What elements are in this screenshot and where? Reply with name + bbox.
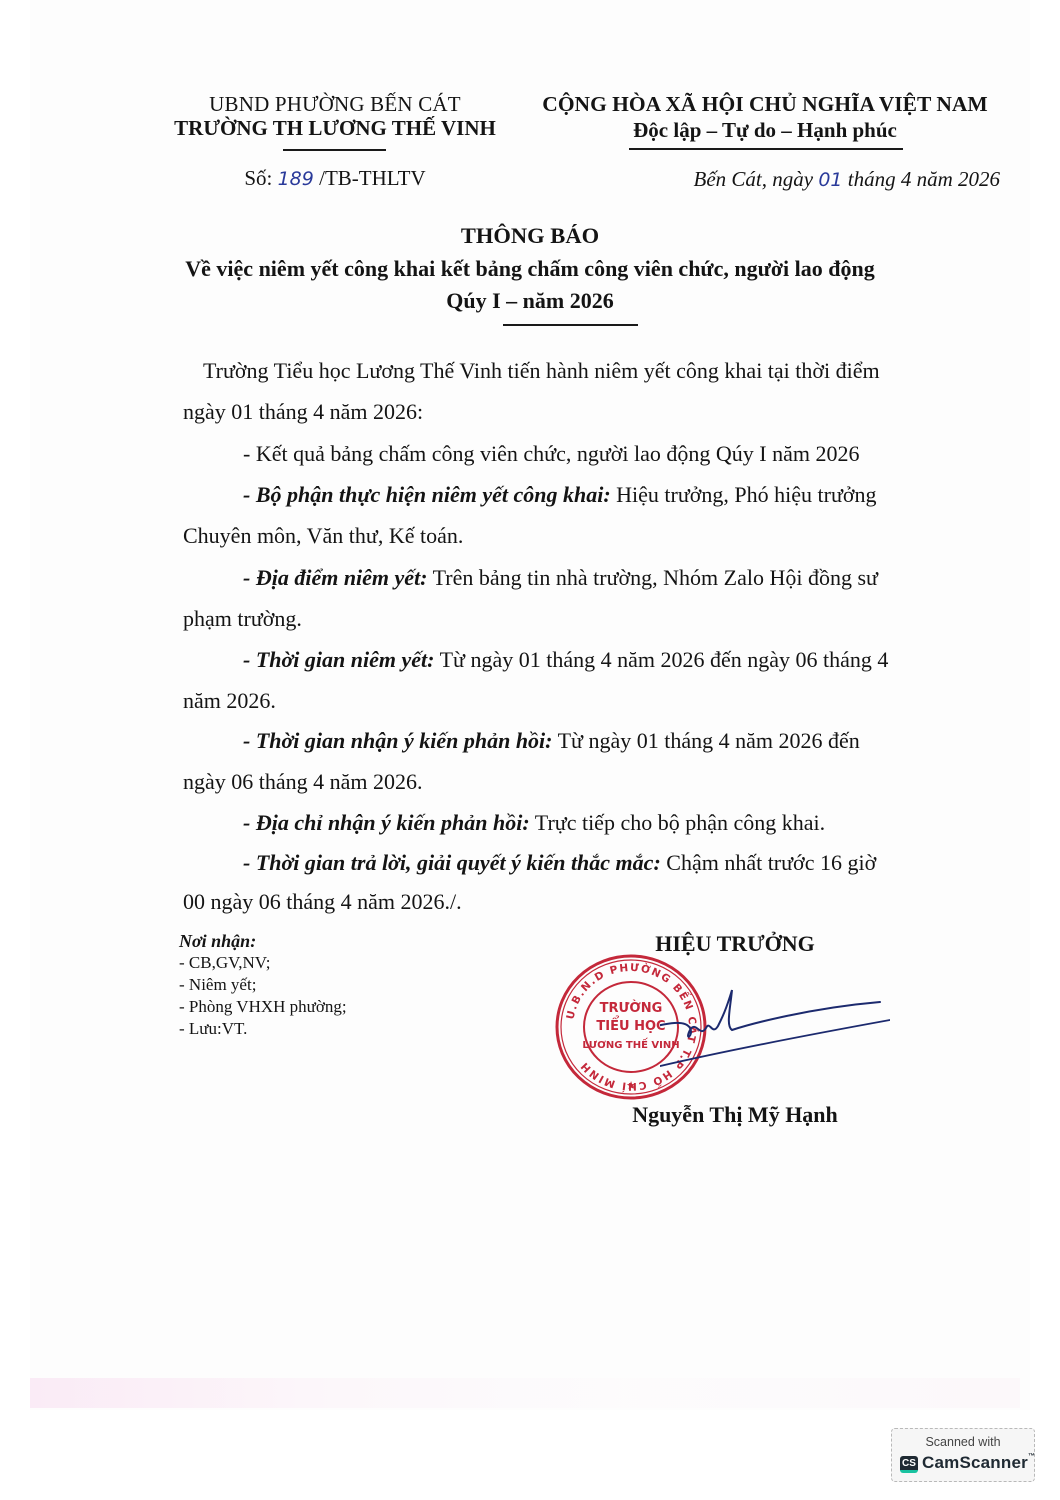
- camscanner-logo-icon: CS: [900, 1456, 918, 1473]
- recipient-item: - Phòng VHXH phường;: [179, 996, 347, 1018]
- doc-number-handwritten: 189: [278, 168, 314, 190]
- item-location: - Địa điểm niêm yết: Trên bảng tin nhà t…: [183, 565, 943, 591]
- place-date: Bến Cát, ngày 01 tháng 4 năm 2026: [600, 167, 1000, 192]
- item-label: - Địa điểm niêm yết:: [243, 565, 428, 590]
- item-posting-period-cont: năm 2026.: [183, 688, 943, 714]
- recipient-item: - CB,GV,NV;: [179, 952, 347, 974]
- document-title: THÔNG BÁO: [0, 223, 1060, 249]
- item-text: Từ ngày 01 tháng 4 năm 2026 đến ngày 06 …: [440, 647, 889, 672]
- item-department: - Bộ phận thực hiện niêm yết công khai: …: [183, 482, 943, 508]
- signature-stroke-icon: [660, 980, 890, 1100]
- date-suffix: tháng 4 năm 2026: [848, 167, 1000, 191]
- header-left-rule: [283, 149, 386, 151]
- national-title: CỘNG HÒA XÃ HỘI CHỦ NGHĨA VIỆT NAM: [520, 92, 1010, 117]
- item-label: - Thời gian nhận ý kiến phản hồi:: [243, 728, 553, 753]
- doc-number-suffix: /TB-THLTV: [319, 166, 426, 190]
- recipients-block: Nơi nhận: - CB,GV,NV; - Niêm yết; - Phòn…: [179, 930, 347, 1040]
- item-label: - Địa chỉ nhận ý kiến phản hồi:: [243, 810, 530, 835]
- item-result: - Kết quả bảng chấm công viên chức, ngườ…: [183, 441, 943, 467]
- title-rule: [503, 324, 638, 326]
- signer-name: Nguyễn Thị Mỹ Hạnh: [580, 1102, 890, 1128]
- brand-text: CamScanner: [922, 1453, 1028, 1472]
- item-label: - Bộ phận thực hiện niêm yết công khai:: [243, 482, 611, 507]
- date-day-handwritten: 01: [818, 169, 842, 191]
- date-prefix: Bến Cát, ngày: [694, 167, 814, 191]
- national-motto: Độc lập – Tự do – Hạnh phúc: [520, 118, 1010, 143]
- item-label: - Thời gian niêm yết:: [243, 647, 434, 672]
- item-response-deadline: - Thời gian trả lời, giải quyết ý kiến t…: [183, 850, 943, 876]
- item-text: Từ ngày 01 tháng 4 năm 2026 đến: [558, 728, 860, 753]
- trademark-symbol: ™: [1028, 1453, 1035, 1460]
- item-text: Chậm nhất trước 16 giờ: [666, 850, 876, 875]
- watermark-caption: Scanned with: [892, 1435, 1034, 1449]
- item-posting-period: - Thời gian niêm yết: Từ ngày 01 tháng 4…: [183, 647, 943, 673]
- watermark-brand: CamScanner™: [922, 1453, 1035, 1473]
- item-label: - Thời gian trả lời, giải quyết ý kiến t…: [243, 850, 661, 875]
- item-feedback-address: - Địa chỉ nhận ý kiến phản hồi: Trực tiế…: [183, 810, 943, 836]
- document-subtitle: Về việc niêm yết công khai kết bảng chấm…: [0, 256, 1060, 282]
- recipient-item: - Niêm yết;: [179, 974, 347, 996]
- item-response-deadline-cont: 00 ngày 06 tháng 4 năm 2026./.: [183, 889, 943, 915]
- recipient-item: - Lưu:VT.: [179, 1018, 347, 1040]
- item-text: Trực tiếp cho bộ phận công khai.: [535, 810, 825, 835]
- svg-text:TRƯỜNG: TRƯỜNG: [600, 1000, 663, 1016]
- item-text: Trên bảng tin nhà trường, Nhóm Zalo Hội …: [433, 565, 878, 590]
- svg-text:TIỂU HỌC: TIỂU HỌC: [596, 1016, 665, 1034]
- intro-line-2: ngày 01 tháng 4 năm 2026:: [183, 399, 943, 425]
- intro-line-1: Trường Tiểu học Lương Thế Vinh tiến hành…: [183, 358, 943, 384]
- item-department-cont: Chuyên môn, Văn thư, Kế toán.: [183, 523, 943, 549]
- issuing-authority: UBND PHƯỜNG BẾN CÁT: [150, 92, 520, 117]
- handwritten-signature: [660, 980, 890, 1100]
- header-right-rule: [629, 148, 903, 150]
- item-feedback-period-cont: ngày 06 tháng 4 năm 2026.: [183, 769, 943, 795]
- document-period: Qúy I – năm 2026: [0, 288, 1060, 314]
- school-name: TRƯỜNG TH LƯƠNG THẾ VINH: [150, 116, 520, 141]
- item-feedback-period: - Thời gian nhận ý kiến phản hồi: Từ ngà…: [183, 728, 943, 754]
- recipients-label: Nơi nhận:: [179, 930, 347, 952]
- item-location-cont: phạm trường.: [183, 606, 943, 632]
- document-number: Số: 189 /TB-THLTV: [150, 166, 520, 191]
- item-text: Hiệu trưởng, Phó hiệu trưởng: [616, 482, 876, 507]
- doc-number-prefix: Số:: [244, 166, 272, 190]
- scan-artifact: [30, 1378, 1020, 1408]
- svg-text:★: ★: [626, 1079, 636, 1092]
- camscanner-watermark: Scanned with CS CamScanner™: [891, 1428, 1035, 1482]
